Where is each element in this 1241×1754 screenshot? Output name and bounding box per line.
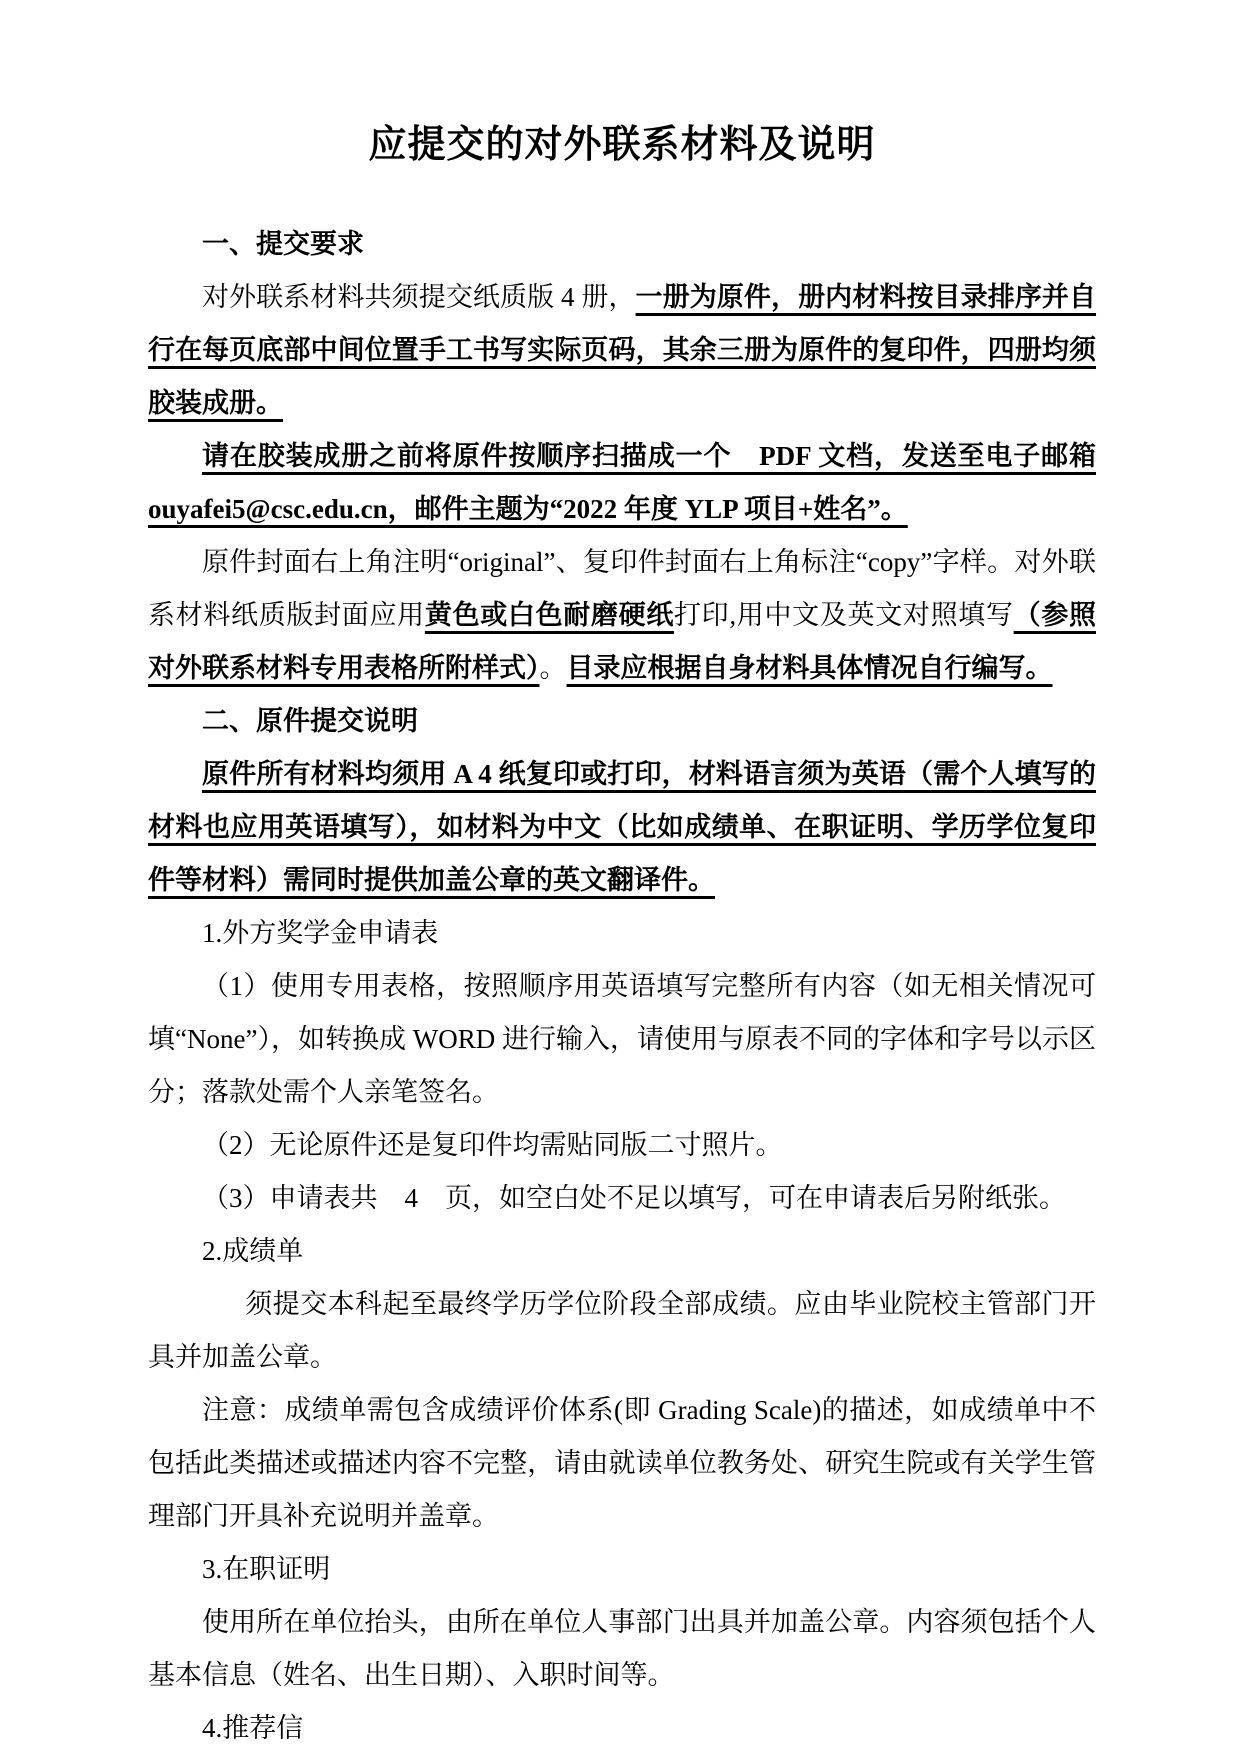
document-title: 应提交的对外联系材料及说明 [148, 116, 1096, 174]
para-submission-counts: 对外联系材料共须提交纸质版 4 册，一册为原件，册内材料按目录排序并自行在每页底… [148, 271, 1096, 430]
para-cover-note-period: 。 [540, 653, 567, 683]
para-scan-email: 请在胶装成册之前将原件按顺序扫描成一个 PDF 文档，发送至电子邮箱 ouyaf… [148, 430, 1096, 536]
section-2-heading: 二、原件提交说明 [148, 695, 1096, 748]
document-page: 应提交的对外联系材料及说明 一、提交要求 对外联系材料共须提交纸质版 4 册，一… [0, 0, 1241, 1754]
item-1-sub-3: （3）申请表共 4 页，如空白处不足以填写，可在申请表后另附纸张。 [148, 1172, 1096, 1225]
item-2-heading: 2.成绩单 [148, 1225, 1096, 1278]
item-2-para-1: 须提交本科起至最终学历学位阶段全部成绩。应由毕业院校主管部门开具并加盖公章。 [148, 1278, 1096, 1384]
section-1-heading: 一、提交要求 [148, 218, 1096, 271]
para-cover-note: 原件封面右上角注明“original”、复印件封面右上角标注“copy”字样。对… [148, 536, 1096, 695]
item-1-sub-1: （1）使用专用表格，按照顺序用英语填写完整所有内容（如无相关情况可填“None”… [148, 960, 1096, 1119]
para-submission-counts-lead: 对外联系材料共须提交纸质版 4 册， [202, 282, 636, 312]
para-scan-email-lead: 请在胶装成册之前将原件按顺序扫描成一个 PDF 文档，发送至电子邮箱 [202, 441, 1096, 471]
item-1-heading: 1.外方奖学金申请表 [148, 907, 1096, 960]
para-original-requirements: 原件所有材料均须用 A 4 纸复印或打印，材料语言须为英语（需个人填写的材料也应… [148, 748, 1096, 907]
para-cover-note-catalog-emphasis: 目录应根据自身材料具体情况自行编写。 [567, 653, 1053, 683]
para-scan-email-tail: ，邮件主题为“2022 年度 YLP 项目+姓名”。 [388, 494, 908, 524]
para-original-requirements-emphasis: 原件所有材料均须用 A 4 纸复印或打印，材料语言须为英语（需个人填写的材料也应… [148, 759, 1096, 895]
para-cover-note-paper-emphasis: 黄色或白色耐磨硬纸 [425, 600, 674, 630]
item-1-sub-2: （2）无论原件还是复印件均需贴同版二寸照片。 [148, 1119, 1096, 1172]
para-cover-note-run3: 打印,用中文及英文对照填写 [674, 600, 1014, 630]
item-4-heading: 4.推荐信 [148, 1702, 1096, 1754]
item-2-para-2: 注意：成绩单需包含成绩评价体系(即 Grading Scale)的描述，如成绩单… [148, 1384, 1096, 1543]
item-3-para-1: 使用所在单位抬头，由所在单位人事部门出具并加盖公章。内容须包括个人基本信息（姓名… [148, 1596, 1096, 1702]
email-address: ouyafei5@csc.edu.cn [148, 494, 388, 524]
item-3-heading: 3.在职证明 [148, 1543, 1096, 1596]
